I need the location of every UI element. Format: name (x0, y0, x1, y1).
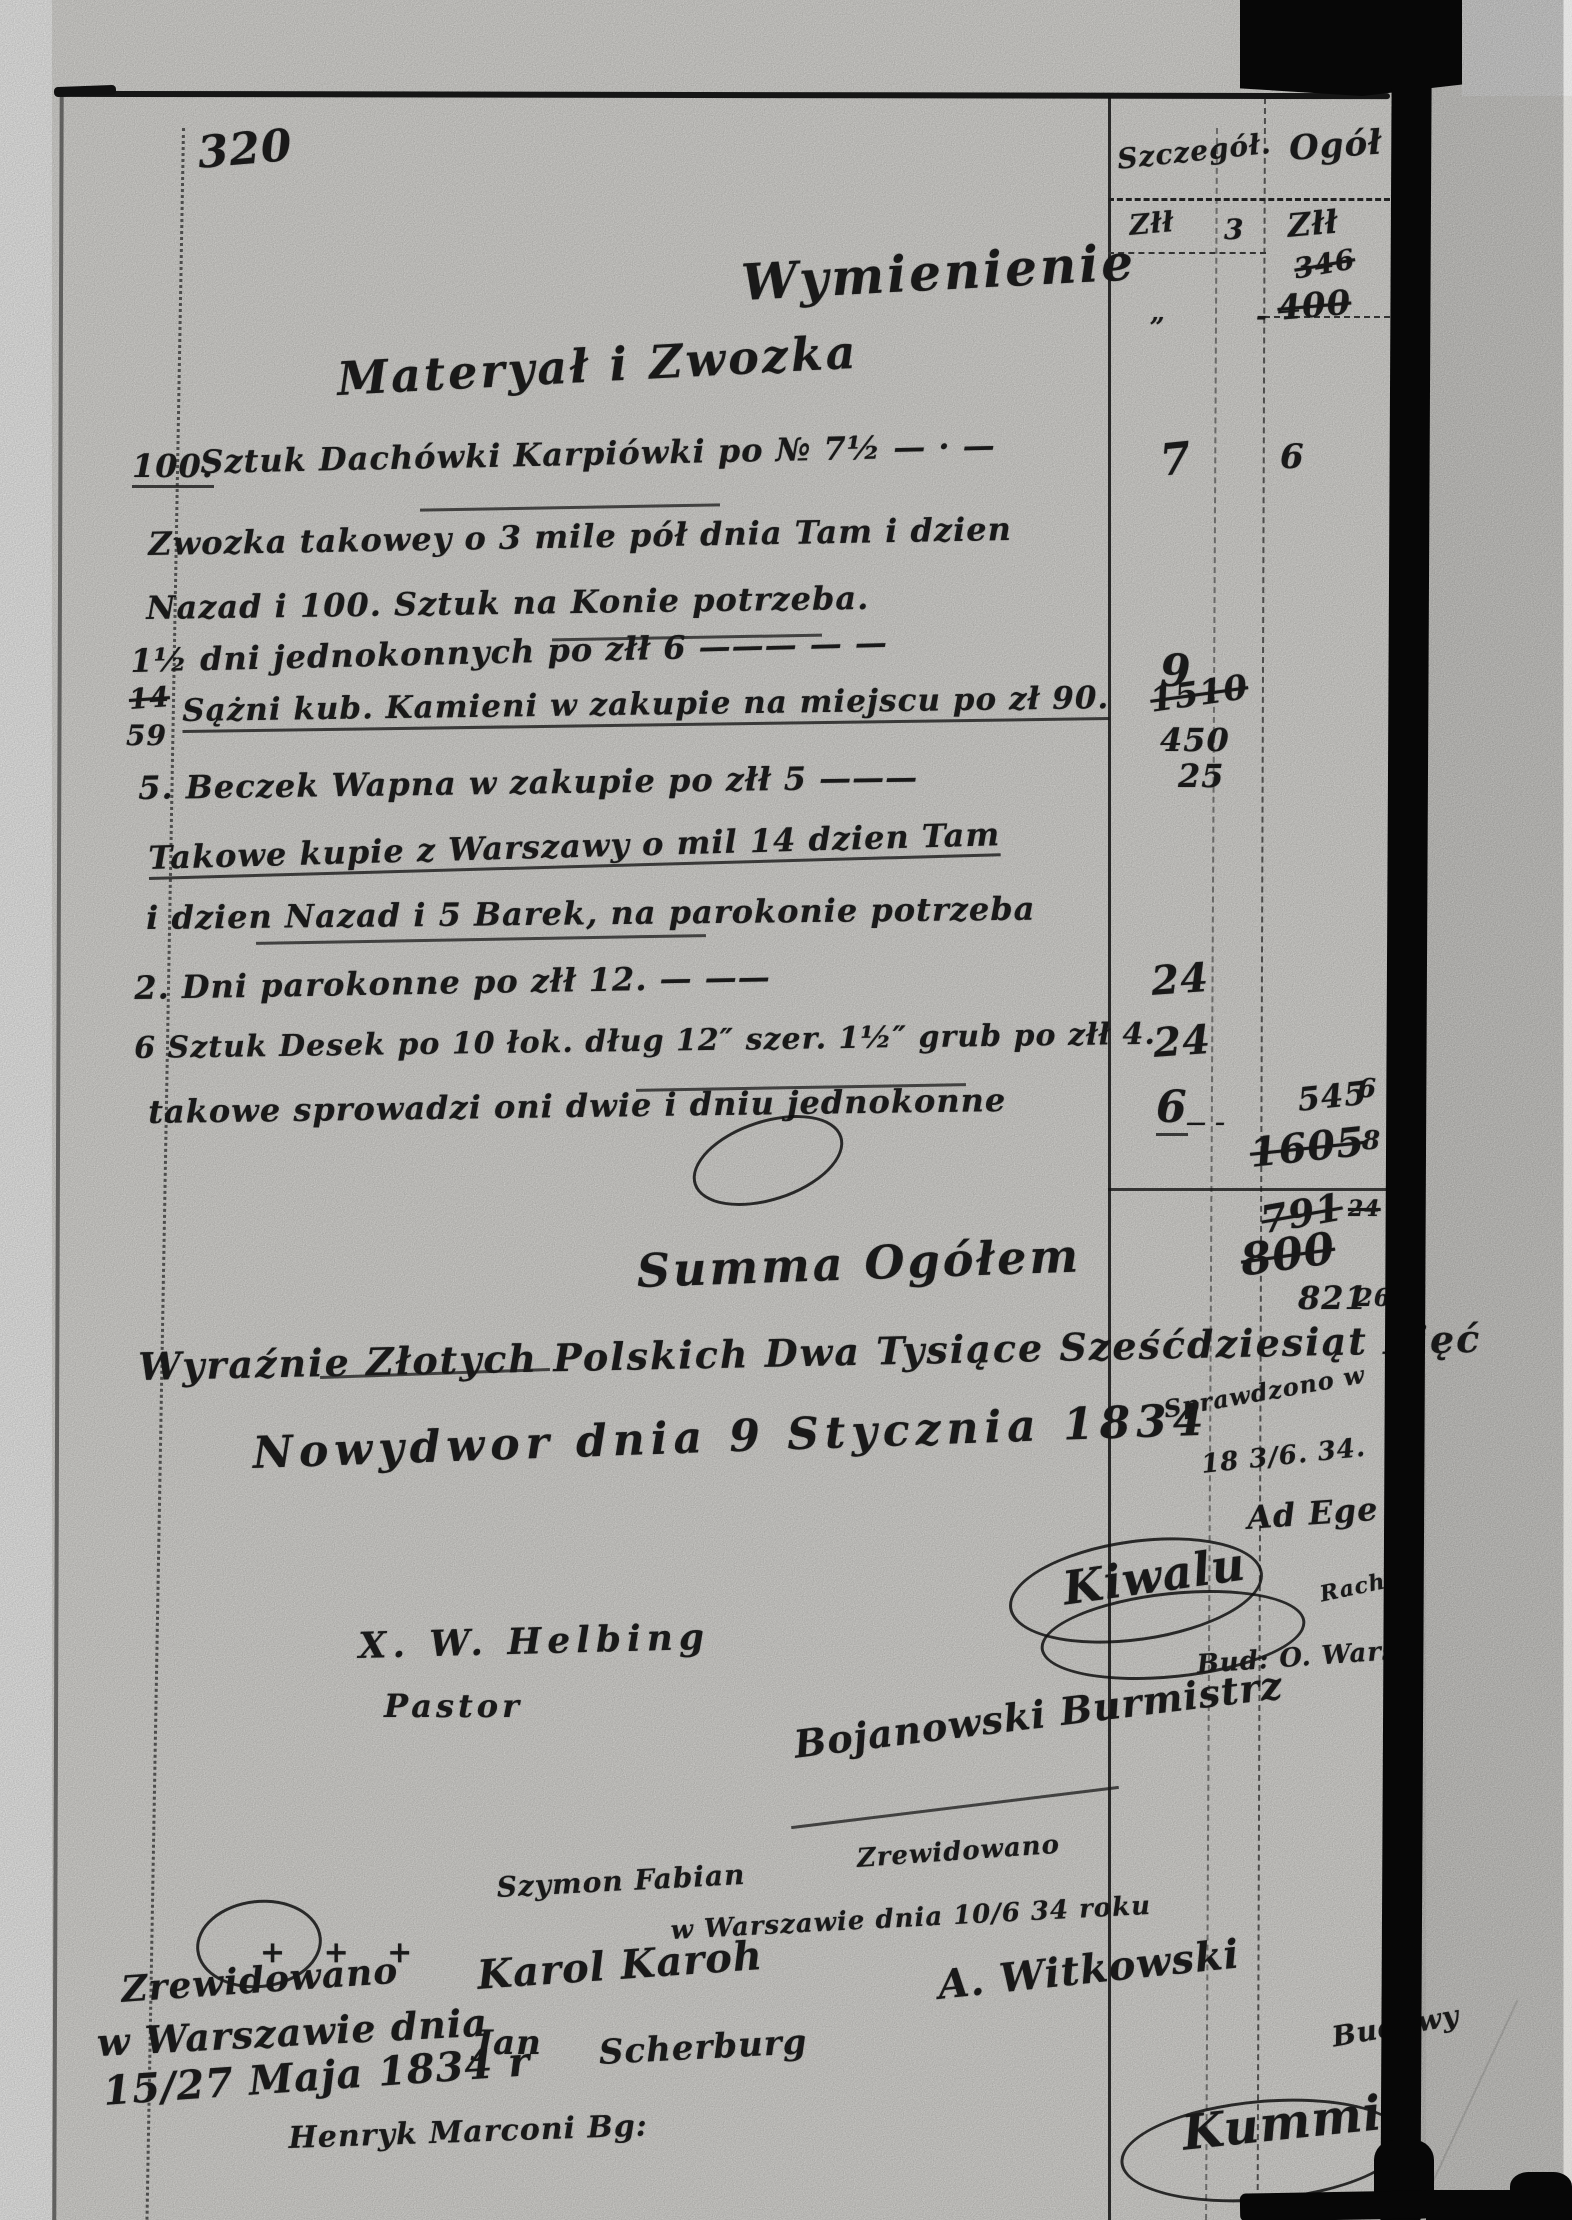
margin-note-ad: Ad Ege (1246, 1493, 1379, 1534)
scan-corner (1462, 0, 1572, 96)
row-text: 5. Beczek Wapna w zakupie po złł 5 ——— (138, 761, 918, 804)
row-value-zl: 7 (1158, 437, 1194, 484)
row-value-gr: 6 (1280, 440, 1305, 474)
sum-value-gr: 8 (1362, 1128, 1381, 1154)
sum-value-gr-crossed: 24 (1348, 1198, 1381, 1220)
sum-value-crossed: 800 (1238, 1227, 1338, 1284)
scherburg-signature: Scherburg (598, 2025, 808, 2070)
header-rule-1 (1108, 198, 1390, 201)
pastor-signature: X. W. Helbing (358, 1619, 711, 1664)
page-number: 320 (196, 124, 294, 176)
header-crossed-value-b: 400 (1276, 286, 1353, 326)
currency-label-left: Złł (1128, 208, 1175, 240)
sum-value-gr: 6 (1358, 1076, 1377, 1102)
column-header-ogol: Ogół (1288, 126, 1383, 166)
adjacent-page-edge (1426, 0, 1572, 2220)
row-value-zl: 6 (1156, 1086, 1188, 1136)
scan-black-corner-blob (1510, 2172, 1572, 2220)
scan-black-block-top-right (1240, 0, 1462, 96)
row-text: Nazad i 100. Sztuk na Konie potrzeba. (146, 582, 869, 624)
pastor-title: Pastor (384, 1690, 523, 1722)
row-text: i dzien Nazad i 5 Barek, na parokonie po… (146, 893, 1036, 934)
header-ditto-mark: „ (1150, 300, 1166, 326)
scan-black-strip-bottom (1240, 2190, 1430, 2220)
sum-value-crossed: 1605 (1248, 1122, 1367, 1174)
currency-amount: 3 (1224, 216, 1244, 244)
sum-rule (1108, 1188, 1390, 1191)
row-value-zl: 24 (1150, 958, 1210, 1002)
row-value-zl: 450 (1160, 724, 1230, 756)
row-value-zl: 24 (1152, 1020, 1212, 1064)
currency-label-right: Złł (1286, 206, 1340, 242)
row-qty-crossed: 14 (128, 683, 171, 714)
scanned-manuscript-page: 320 Szczegół. Ogół Złł 3 Złł 346 400 „ -… (0, 0, 1572, 2220)
header-dash-mark: - (1256, 304, 1268, 330)
row-qty-corrected: 59 (126, 722, 167, 750)
row-text: 2. Dni parokonne po złł 12. — —— (134, 961, 771, 1004)
summa-line: Summa Ogółem (636, 1232, 1082, 1293)
sum-dash-marks: — – (1186, 1112, 1226, 1132)
row-value-extra: 25 (1178, 760, 1225, 792)
